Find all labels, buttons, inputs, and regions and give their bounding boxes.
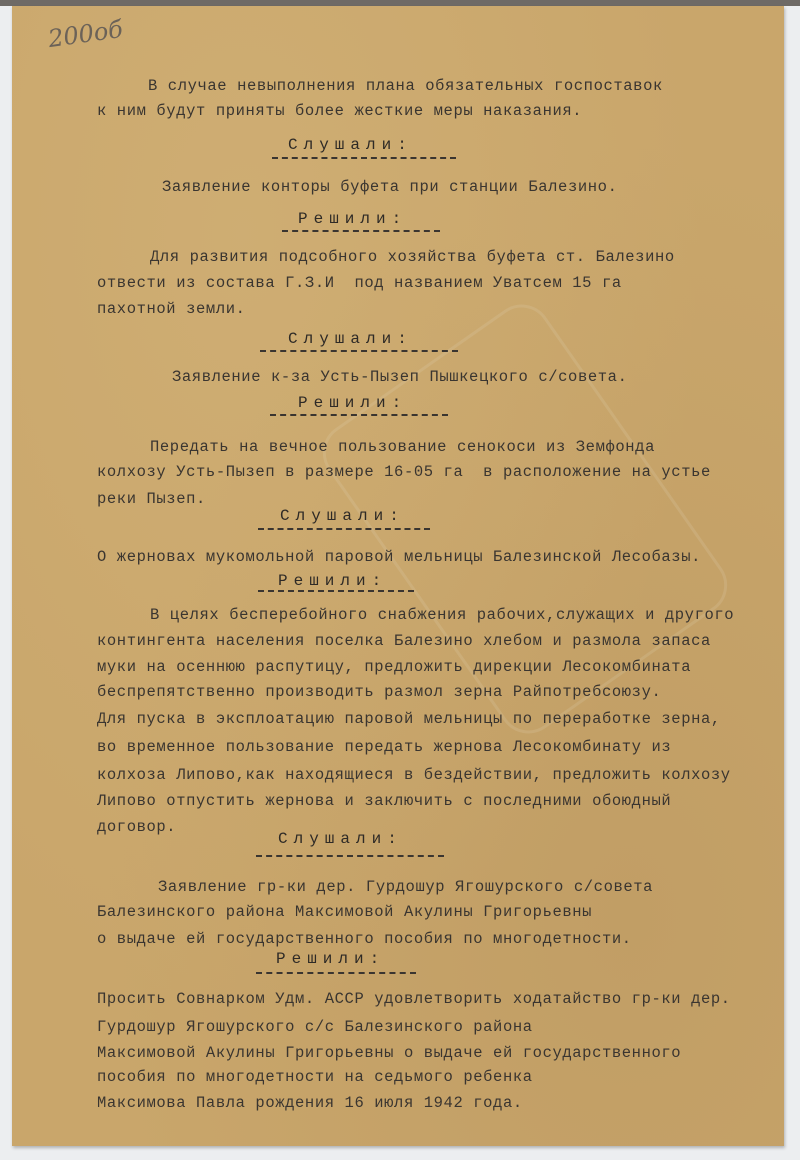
text-line: Заявление гр-ки дер. Гурдошур Ягошурског…: [158, 878, 653, 896]
section-heading-decided: Решили:: [278, 572, 387, 590]
section-heading-decided: Решили:: [298, 394, 407, 412]
heading-underline: [256, 972, 416, 974]
text-line: Заявление к-за Усть-Пызеп Пышкецкого с/с…: [172, 368, 627, 386]
text-line: Заявление конторы буфета при станции Бал…: [162, 178, 617, 196]
heading-underline: [258, 590, 414, 592]
text-line: муки на осеннюю распутицу, предложить ди…: [97, 658, 691, 676]
section-heading-heard: Слушали:: [280, 507, 405, 525]
text-line: Гурдошур Ягошурского с/с Балезинского ра…: [97, 1018, 533, 1036]
text-line: Передать на вечное пользование сенокоси …: [150, 438, 655, 456]
text-line: В целях бесперебойного снабжения рабочих…: [150, 606, 734, 624]
text-line: беспрепятственно производить размол зерн…: [97, 683, 661, 701]
text-line: О жерновах мукомольной паровой мельницы …: [97, 548, 701, 566]
text-line: контингента населения поселка Балезино х…: [97, 632, 711, 650]
text-line: во временное пользование передать жернов…: [97, 738, 671, 756]
text-line: Для пуска в эксплоатацию паровой мельниц…: [97, 710, 721, 728]
document-page: [12, 6, 784, 1146]
text-line: Просить Совнарком Удм. АССР удовлетворит…: [97, 990, 731, 1008]
text-line: договор.: [97, 818, 176, 836]
text-line: колхозу Усть-Пызеп в размере 16-05 га в …: [97, 463, 711, 481]
heading-underline: [256, 855, 444, 857]
heading-underline: [260, 350, 458, 352]
text-line: В случае невыполнения плана обязательных…: [148, 77, 663, 95]
text-line: отвести из состава Г.З.И под названием У…: [97, 274, 622, 292]
heading-underline: [258, 528, 430, 530]
text-line: к ним будут приняты более жесткие меры н…: [97, 102, 582, 120]
text-line: реки Пызеп.: [97, 490, 206, 508]
text-line: колхоза Липово,как находящиеся в бездейс…: [97, 766, 731, 784]
heading-underline: [272, 157, 456, 159]
section-heading-heard: Слушали:: [288, 330, 413, 348]
text-line: о выдаче ей государственного пособия по …: [97, 930, 632, 948]
text-line: Максимовой Акулины Григорьевны о выдаче …: [97, 1044, 681, 1062]
text-line: Максимова Павла рождения 16 июля 1942 го…: [97, 1094, 523, 1112]
heading-underline: [282, 230, 440, 232]
section-heading-heard: Слушали:: [288, 136, 413, 154]
text-line: Для развития подсобного хозяйства буфета…: [150, 248, 675, 266]
section-heading-decided: Решили:: [298, 210, 407, 228]
text-line: пособия по многодетности на седьмого реб…: [97, 1068, 533, 1086]
section-heading-heard: Слушали:: [278, 830, 403, 848]
text-line: Липово отпустить жернова и заключить с п…: [97, 792, 671, 810]
text-line: Балезинского района Максимовой Акулины Г…: [97, 903, 592, 921]
text-line: пахотной земли.: [97, 300, 246, 318]
section-heading-decided: Решили:: [276, 950, 385, 968]
heading-underline: [270, 414, 448, 416]
